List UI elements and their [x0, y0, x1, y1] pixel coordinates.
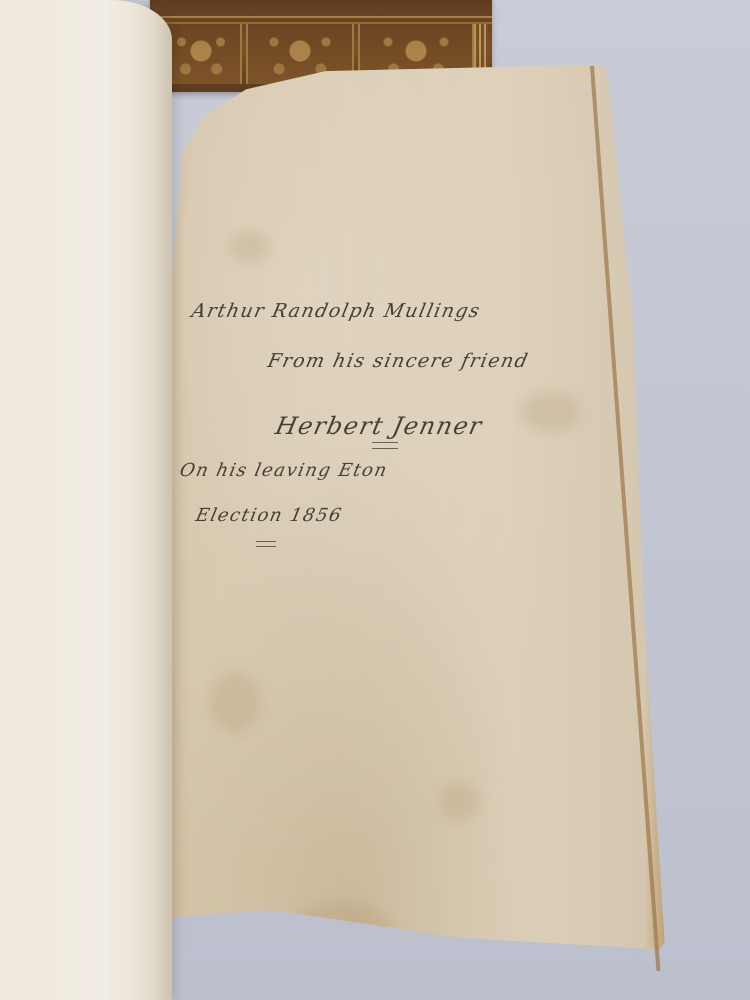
inscription-date: Election 1856: [194, 505, 345, 526]
photo-scene: Arthur Randolph Mullings From his sincer…: [0, 0, 750, 1000]
inscription-signature: Herbert Jenner: [273, 412, 485, 440]
inscription-dedication: From his sincere friend: [266, 350, 531, 372]
handwritten-inscription: Arthur Randolph Mullings From his sincer…: [0, 0, 750, 1000]
inscription-recipient: Arthur Randolph Mullings: [190, 300, 483, 322]
inscription-occasion: On his leaving Eton: [178, 460, 390, 481]
date-underline: [256, 541, 276, 547]
signature-underline: [372, 442, 398, 449]
